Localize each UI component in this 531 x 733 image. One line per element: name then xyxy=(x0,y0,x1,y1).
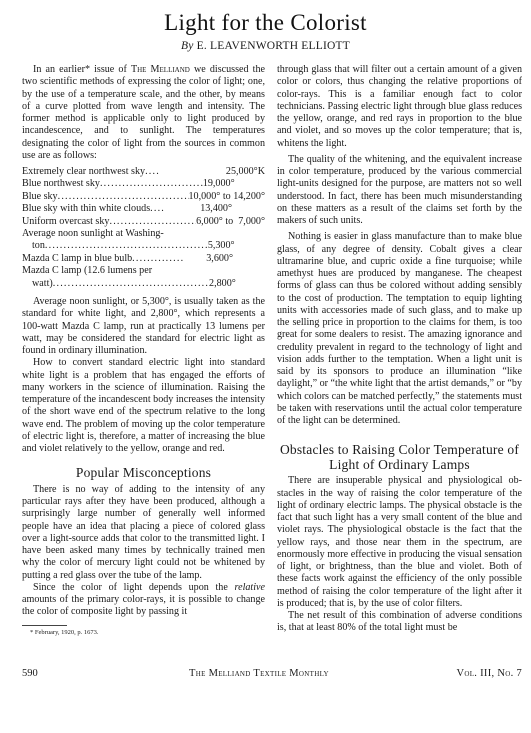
right-column: through glass that will filter out a cer… xyxy=(277,64,522,635)
leader-dots: ........................................… xyxy=(58,191,189,203)
source-label: Average noon sunlight at Washing- xyxy=(22,228,164,240)
body-paragraph: Average noon sunlight, or 5,300°, is usu… xyxy=(22,296,265,357)
temperature-value: 2,800° xyxy=(209,278,236,290)
temperature-value: 5,300° xyxy=(208,240,235,252)
table-row: Blue sky ...............................… xyxy=(22,191,265,203)
leader-dots: .... xyxy=(150,203,200,215)
text-run: In an earlier* issue of xyxy=(33,64,131,75)
spacer xyxy=(235,178,265,190)
leader-dots: ........................................… xyxy=(45,240,208,252)
body-paragraph: The net result of this combination of ad… xyxy=(277,610,522,635)
source-label: Extremely clear northwest sky xyxy=(22,166,145,178)
spacer xyxy=(233,253,265,265)
leader-dots: ........................................… xyxy=(53,278,209,290)
byline: By E. LEAVENWORTH ELLIOTT xyxy=(0,40,531,52)
source-label-continued: watt) xyxy=(22,278,53,290)
source-label: Blue sky xyxy=(22,191,58,203)
source-label-continued: ton xyxy=(22,240,45,252)
temperature-value: 10,000° to 14,200° xyxy=(189,191,266,203)
spacer xyxy=(232,203,265,215)
temperature-value: 13,400° xyxy=(200,203,232,215)
table-row: Uniform overcast sky ...................… xyxy=(22,216,265,228)
text-run: we discussed the two scientific methods … xyxy=(22,64,265,161)
table-row: Mazda C lamp (12.6 lumens per xyxy=(22,265,265,277)
temperature-value: 6,000° to 7,000° xyxy=(196,216,265,228)
table-row: Extremely clear northwest sky .... 25,00… xyxy=(22,166,265,178)
body-paragraph: The quality of the whitening, and the eq… xyxy=(277,154,522,228)
text-run: Since the color of light depends upon th… xyxy=(33,582,235,593)
leader-dots: .............................. xyxy=(100,178,203,190)
table-row: ton ....................................… xyxy=(22,240,265,252)
source-label: Blue northwest sky xyxy=(22,178,100,190)
body-paragraph: Nothing is easier in glass manufacture t… xyxy=(277,231,522,427)
leader-dots: .... xyxy=(145,166,226,178)
article-title: Light for the Colorist xyxy=(0,10,531,36)
spacer xyxy=(236,278,265,290)
source-label: Uniform overcast sky xyxy=(22,216,109,228)
body-paragraph: through glass that will filter out a cer… xyxy=(277,64,522,150)
body-paragraph: There are insuperable physical and physi… xyxy=(277,475,522,610)
page-footer: 590 The Melliand Textile Monthly Vol. II… xyxy=(22,668,522,679)
temperature-value: 19,000° xyxy=(203,178,235,190)
author-name: E. LEAVENWORTH ELLIOTT xyxy=(197,40,350,52)
body-paragraph: How to convert standard electric light i… xyxy=(22,357,265,455)
publication-ref: The Melliand xyxy=(131,64,190,75)
temperature-value: 3,600° xyxy=(206,253,233,265)
source-label: Blue sky with thin white clouds xyxy=(22,203,150,215)
temperature-value: 25,000°K xyxy=(226,166,265,178)
byline-prefix: By xyxy=(181,40,194,52)
section-heading: Obstacles to Raising Color Temperature o… xyxy=(277,443,522,472)
table-row: watt) ..................................… xyxy=(22,278,265,290)
footnote: * February, 1920, p. 1673. xyxy=(22,629,265,637)
table-row: Average noon sunlight at Washing- xyxy=(22,228,265,240)
volume-issue: Vol. III, No. 7 xyxy=(456,668,522,679)
page-number: 590 xyxy=(22,668,38,679)
text-run: amounts of the primary color-rays, it is… xyxy=(22,594,265,617)
body-paragraph: There is no way of adding to the intensi… xyxy=(22,484,265,582)
section-heading: Popular Misconceptions xyxy=(22,466,265,481)
temperature-table: Extremely clear northwest sky .... 25,00… xyxy=(22,166,265,290)
table-row: Mazda C lamp in blue bulb ..............… xyxy=(22,253,265,265)
source-label: Mazda C lamp (12.6 lumens per xyxy=(22,265,152,277)
table-row: Blue northwest sky .....................… xyxy=(22,178,265,190)
leader-dots: .............. xyxy=(132,253,206,265)
source-label: Mazda C lamp in blue bulb xyxy=(22,253,132,265)
intro-paragraph: In an earlier* issue of The Melliand we … xyxy=(22,64,265,162)
footnote-divider xyxy=(22,625,67,626)
spacer xyxy=(235,240,265,252)
body-paragraph: Since the color of light depends upon th… xyxy=(22,582,265,619)
leader-dots: .............................. xyxy=(109,216,196,228)
left-column: In an earlier* issue of The Melliand we … xyxy=(22,64,265,637)
emphasis: relative xyxy=(235,582,265,593)
table-row: Blue sky with thin white clouds .... 13,… xyxy=(22,203,265,215)
publication-name: The Melliand Textile Monthly xyxy=(189,668,329,679)
